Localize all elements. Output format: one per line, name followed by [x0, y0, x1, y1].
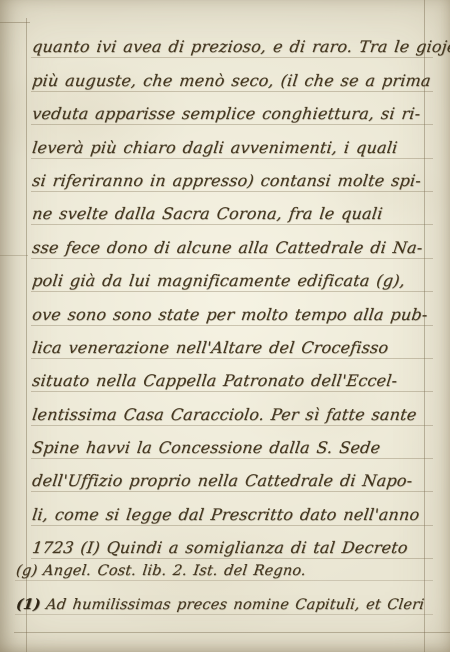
footnote-text: Angel. Cost. lib. 2. Ist. del Regno.: [42, 563, 307, 580]
manuscript-line: lica venerazione nell'Altare del Crocefi…: [31, 326, 433, 359]
manuscript-line-text: si riferiranno in appresso) contansi mol…: [31, 171, 422, 191]
manuscript-line-text: leverà più chiaro dagli avvenimenti, i q…: [31, 138, 399, 158]
manuscript-line-text: dell'Uffizio proprio nella Cattedrale di…: [31, 471, 414, 491]
footnote-marker: (1): [15, 596, 42, 614]
manuscript-page: quanto ivi avea di prezioso, e di raro. …: [0, 0, 450, 652]
footnote-line: (1) Ad humilissimas preces nomine Capitu…: [15, 581, 433, 614]
manuscript-line: ove sono sono state per molto tempo alla…: [31, 292, 433, 325]
manuscript-line-text: situato nella Cappella Patronato dell'Ec…: [31, 371, 398, 391]
manuscript-line-text: li, come si legge dal Prescritto dato ne…: [31, 505, 421, 525]
manuscript-line: Spine havvi la Concessione dalla S. Sede: [31, 426, 433, 459]
manuscript-line-text: quanto ivi avea di prezioso, e di raro. …: [31, 37, 450, 57]
manuscript-line-text: lentissima Casa Caracciolo. Per sì fatte…: [31, 405, 418, 425]
manuscript-line: situato nella Cappella Patronato dell'Ec…: [31, 359, 433, 392]
manuscript-text-block: quanto ivi avea di prezioso, e di raro. …: [31, 25, 433, 559]
manuscript-line: leverà più chiaro dagli avvenimenti, i q…: [31, 125, 433, 158]
manuscript-line: si riferiranno in appresso) contansi mol…: [31, 159, 433, 192]
manuscript-line: lentissima Casa Caracciolo. Per sì fatte…: [31, 392, 433, 425]
manuscript-line: quanto ivi avea di prezioso, e di raro. …: [31, 25, 433, 58]
manuscript-line-text: lica venerazione nell'Altare del Crocefi…: [31, 338, 390, 358]
manuscript-line: sse fece dono di alcune alla Cattedrale …: [31, 225, 433, 258]
manuscript-line-text: più auguste, che menò seco, (il che se a…: [31, 71, 432, 91]
manuscript-line-text: ove sono sono state per molto tempo alla…: [31, 305, 429, 325]
manuscript-line-text: ne svelte dalla Sacra Corona, fra le qua…: [31, 204, 384, 224]
margin-rule-top: [0, 22, 30, 23]
manuscript-line: dell'Uffizio proprio nella Cattedrale di…: [31, 459, 433, 492]
manuscript-line: li, come si legge dal Prescritto dato ne…: [31, 492, 433, 525]
margin-rule-bottom: [14, 632, 450, 633]
manuscript-line-text: Spine havvi la Concessione dalla S. Sede: [31, 438, 381, 458]
manuscript-line: ne svelte dalla Sacra Corona, fra le qua…: [31, 192, 433, 225]
footnote-line: (g) Angel. Cost. lib. 2. Ist. del Regno.: [15, 548, 433, 581]
footnotes-block: (g) Angel. Cost. lib. 2. Ist. del Regno.…: [15, 548, 433, 615]
manuscript-line-text: sse fece dono di alcune alla Cattedrale …: [31, 238, 424, 258]
manuscript-line: più auguste, che menò seco, (il che se a…: [31, 58, 433, 91]
margin-rule-tick: [0, 255, 28, 256]
manuscript-line-text: veduta apparisse semplice conghiettura, …: [31, 104, 422, 124]
footnote-text: Ad humilissimas preces nomine Capituli, …: [45, 597, 425, 614]
manuscript-line: veduta apparisse semplice conghiettura, …: [31, 92, 433, 125]
manuscript-line-text: poli già da lui magnificamente edificata…: [31, 271, 406, 291]
footnote-marker: (g): [15, 563, 38, 580]
manuscript-line: poli già da lui magnificamente edificata…: [31, 259, 433, 292]
